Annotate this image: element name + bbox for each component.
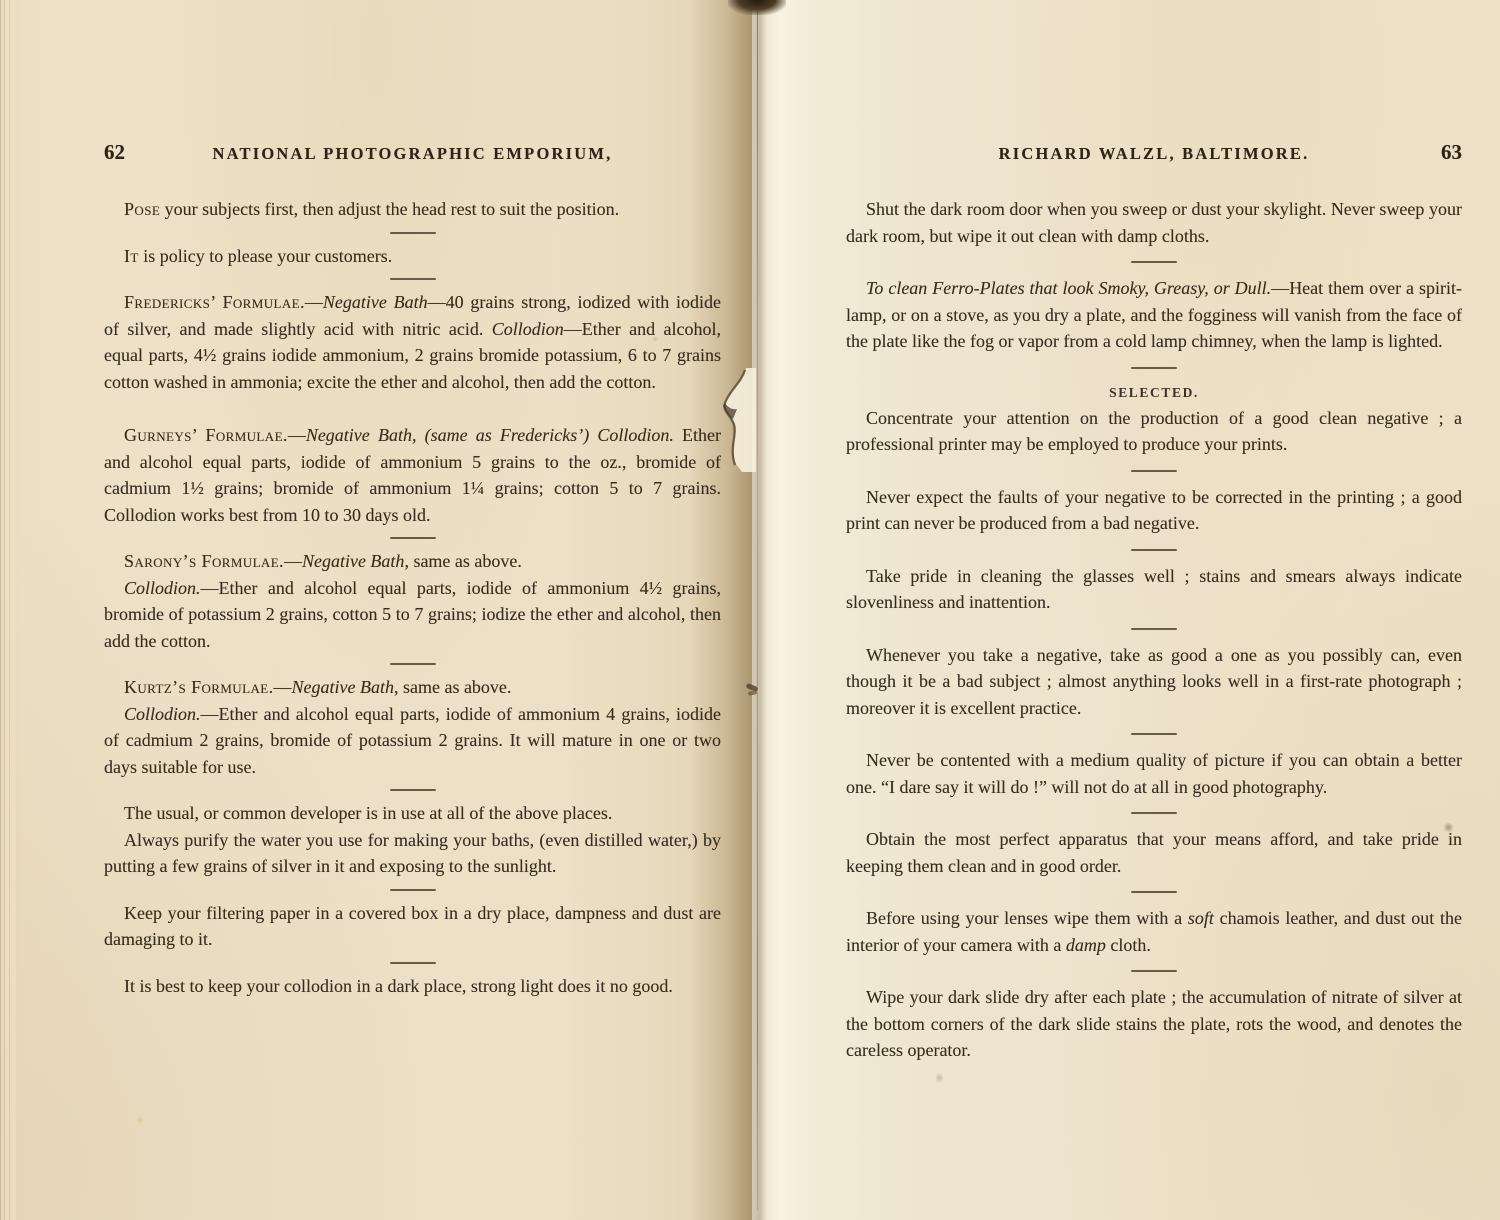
divider-line: [390, 537, 436, 539]
italic-text: Negative Bath: [323, 292, 428, 312]
paragraph: Fredericks’ Formulae.—Negative Bath—40 g…: [104, 289, 721, 395]
left-page-body: Pose your subjects first, then adjust th…: [104, 196, 721, 999]
body-text: cloth.: [1106, 935, 1151, 955]
section-divider: [846, 249, 1462, 275]
paragraph: Concentrate your attention on the produc…: [846, 405, 1462, 458]
divider-line: [390, 663, 436, 665]
section-divider: [104, 528, 721, 548]
divider-line: [1131, 812, 1177, 814]
body-text: —: [273, 677, 291, 697]
running-head: NATIONAL PHOTOGRAPHIC EMPORIUM,: [104, 140, 721, 164]
section-divider: [104, 269, 721, 289]
section-divider: [846, 958, 1462, 984]
body-text: —: [284, 551, 302, 571]
divider-line: [1131, 891, 1177, 893]
body-text: The usual, or common developer is in use…: [124, 803, 612, 823]
smallcaps-lead: Gurneys’ Formulae.: [124, 425, 288, 445]
divider-line: [1131, 628, 1177, 630]
italic-text: damp: [1066, 935, 1106, 955]
section-divider: [846, 458, 1462, 484]
right-page-text: RICHARD WALZL, BALTIMORE. 63 Shut the da…: [846, 140, 1462, 1064]
divider-line: [1131, 549, 1177, 551]
section-divider: [104, 880, 721, 900]
left-page-text: 62 NATIONAL PHOTOGRAPHIC EMPORIUM, Pose …: [104, 140, 721, 999]
binding-stitch: [744, 681, 760, 699]
page-number: 62: [104, 140, 125, 165]
paragraph: The usual, or common developer is in use…: [104, 800, 721, 827]
section-heading: SELECTED.: [846, 381, 1462, 405]
paragraph: Pose your subjects first, then adjust th…: [104, 196, 721, 223]
italic-text: Collodion.: [124, 578, 201, 598]
page-number: 63: [1441, 140, 1462, 165]
section-divider: [104, 223, 721, 243]
paragraph: Collodion.—Ether and alcohol equal parts…: [104, 575, 721, 655]
divider-line: [1131, 733, 1177, 735]
italic-text: soft: [1188, 908, 1214, 928]
italic-text: Collodion: [492, 319, 564, 339]
smallcaps-lead: Kurtz’s Formulae.: [124, 677, 273, 697]
section-divider: [104, 953, 721, 973]
body-text: Concentrate your attention on the produc…: [846, 408, 1462, 455]
italic-text: Negative Bath, (same as Fredericks’) Col…: [306, 425, 674, 445]
body-text: Always purify the water you use for maki…: [104, 830, 721, 877]
body-text: —: [288, 425, 306, 445]
paragraph: Keep your filtering paper in a covered b…: [104, 900, 721, 953]
section-divider: [846, 616, 1462, 642]
divider-line: [390, 278, 436, 280]
body-text: It is best to keep your collodion in a d…: [124, 976, 673, 996]
paragraph: Whenever you take a negative, take as go…: [846, 642, 1462, 722]
body-text: Never expect the faults of your negative…: [846, 487, 1462, 534]
paragraph: Sarony’s Formulae.—Negative Bath, same a…: [104, 548, 721, 575]
paragraph: To clean Ferro-Plates that look Smoky, G…: [846, 275, 1462, 355]
body-text: Wipe your dark slide dry after each plat…: [846, 987, 1462, 1060]
section-divider: [846, 800, 1462, 826]
divider-line: [390, 889, 436, 891]
paragraph: Never be contented with a medium quality…: [846, 747, 1462, 800]
paragraph: Take pride in cleaning the glasses well …: [846, 563, 1462, 616]
smallcaps-lead: Pose: [124, 199, 160, 219]
section-divider: [846, 879, 1462, 905]
body-text: Keep your filtering paper in a covered b…: [104, 903, 721, 950]
paragraph: It is best to keep your collodion in a d…: [104, 973, 721, 1000]
divider-line: [1131, 367, 1177, 369]
paragraph: Never expect the faults of your negative…: [846, 484, 1462, 537]
italic-text: Collodion.: [124, 704, 201, 724]
divider-line: [390, 789, 436, 791]
body-text: Never be contented with a medium quality…: [846, 750, 1462, 797]
divider-line: [1131, 261, 1177, 263]
smallcaps-lead: Fredericks’ Formulae.: [124, 292, 305, 312]
body-text: , same as above.: [404, 551, 521, 571]
paragraph: Gurneys’ Formulae.—Negative Bath, (same …: [104, 422, 721, 528]
body-text: is policy to please your customers.: [139, 246, 392, 266]
section-divider: [104, 780, 721, 800]
body-text: Before using your lenses wipe them with …: [866, 908, 1188, 928]
spacer: [104, 395, 721, 422]
paragraph: Before using your lenses wipe them with …: [846, 905, 1462, 958]
paragraph: Obtain the most perfect apparatus that y…: [846, 826, 1462, 879]
body-text: Whenever you take a negative, take as go…: [846, 645, 1462, 718]
section-divider: [846, 537, 1462, 563]
paragraph: It is policy to please your customers.: [104, 243, 721, 270]
section-divider: [104, 654, 721, 674]
divider-line: [390, 232, 436, 234]
paragraph: Collodion.—Ether and alcohol equal parts…: [104, 701, 721, 781]
body-text: Take pride in cleaning the glasses well …: [846, 566, 1462, 613]
italic-text: Negative Bath: [291, 677, 393, 697]
right-page-header: RICHARD WALZL, BALTIMORE. 63: [846, 140, 1462, 170]
paragraph: Shut the dark room door when you sweep o…: [846, 196, 1462, 249]
paragraph: Kurtz’s Formulae.—Negative Bath, same as…: [104, 674, 721, 701]
smallcaps-lead: Sarony’s Formulae.: [124, 551, 284, 571]
body-text: , same as above.: [394, 677, 511, 697]
divider-line: [1131, 970, 1177, 972]
book-scan: { "colors": { "page_background": "#ece0c…: [0, 0, 1500, 1220]
divider-line: [1131, 470, 1177, 472]
body-text: Shut the dark room door when you sweep o…: [846, 199, 1462, 246]
running-head: RICHARD WALZL, BALTIMORE.: [846, 140, 1462, 164]
divider-line: [390, 962, 436, 964]
smallcaps-lead: It: [124, 246, 139, 266]
right-page-body: Shut the dark room door when you sweep o…: [846, 196, 1462, 1064]
paragraph: Wipe your dark slide dry after each plat…: [846, 984, 1462, 1064]
italic-text: Negative Bath: [302, 551, 404, 571]
page-edge-stack: [0, 0, 16, 1220]
section-divider: [846, 355, 1462, 381]
body-text: —: [305, 292, 323, 312]
italic-text: To clean Ferro-Plates that look Smoky, G…: [866, 278, 1271, 298]
gutter-crease: [757, 10, 758, 1210]
binding-notch: [728, 0, 786, 15]
body-text: Obtain the most perfect apparatus that y…: [846, 829, 1462, 876]
body-text: your subjects first, then adjust the hea…: [160, 199, 619, 219]
left-page-header: 62 NATIONAL PHOTOGRAPHIC EMPORIUM,: [104, 140, 721, 170]
paragraph: Always purify the water you use for maki…: [104, 827, 721, 880]
section-divider: [846, 721, 1462, 747]
